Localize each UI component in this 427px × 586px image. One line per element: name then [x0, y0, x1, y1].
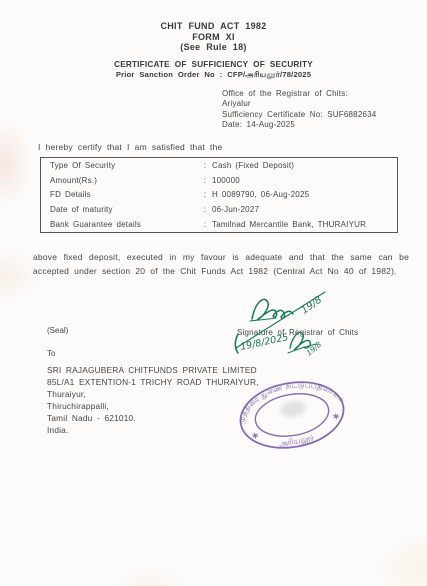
certificate-title: CERTIFICATE OF SUFFICIENCY OF SECURITY — [0, 60, 427, 70]
address-line: Tamil Nadu - 621010. — [47, 412, 259, 424]
stamp-center-smudge — [279, 399, 307, 419]
security-table: Type Of Security : Cash (Fixed Deposit) … — [40, 157, 398, 233]
certificate-number: Sufficiency Certificate No: SUF6882634 — [222, 110, 376, 120]
certificate-page: CHIT FUND ACT 1982 FORM XI (See Rule 18)… — [0, 0, 427, 586]
address-line: 85L/A1 EXTENTION-1 TRICHY ROAD THURAIYUR… — [47, 376, 259, 388]
address-line: Thiruchirappalli, — [47, 400, 259, 412]
row-label: Type Of Security — [50, 161, 198, 170]
act-title: CHIT FUND ACT 1982 — [0, 21, 427, 32]
table-row: Bank Guarantee details : Tamilnad Mercan… — [41, 220, 397, 229]
recipient-address: SRI RAJAGUBERA CHITFUNDS PRIVATE LIMITED… — [47, 364, 259, 436]
sanction-order-line: Prior Sanction Order No : CFP/அரியலூர்/7… — [0, 70, 427, 80]
office-block: Office of the Registrar of Chits: Ariyal… — [222, 89, 376, 131]
row-value: Tamilnad Mercantile Bank, THURAIYUR — [212, 220, 397, 229]
row-separator: : — [198, 205, 212, 214]
certify-line: I hereby certify that I am satisfied tha… — [38, 142, 222, 152]
handwritten-date-top: 19/8 — [299, 295, 324, 317]
seal-label: (Seal) — [47, 326, 68, 335]
row-label: Bank Guarantee details — [50, 220, 198, 229]
row-value: 100000 — [212, 176, 397, 185]
document-header: CHIT FUND ACT 1982 FORM XI (See Rule 18) — [0, 21, 427, 53]
form-number: FORM XI — [0, 32, 427, 43]
address-line: Thuraiyur, — [47, 388, 259, 400]
address-line: SRI RAJAGUBERA CHITFUNDS PRIVATE LIMITED — [47, 364, 259, 376]
row-separator: : — [198, 220, 212, 229]
row-value: Cash (Fixed Deposit) — [212, 161, 397, 170]
table-row: FD Details : H 0089790, 06-Aug-2025 — [41, 190, 397, 199]
rule-reference: (See Rule 18) — [0, 42, 427, 53]
row-label: Date of maturity — [50, 205, 198, 214]
row-label: Amount(Rs.) — [50, 176, 198, 185]
row-separator: : — [198, 176, 212, 185]
registrar-oval-stamp: முத்திரை துணை சிட்டுப்பதிவாளர் அரியலூர் … — [230, 373, 355, 459]
stamp-graphic: முத்திரை துணை சிட்டுப்பதிவாளர் அரியலூர் … — [231, 372, 353, 456]
stamp-arc-textpath: முத்திரை துணை சிட்டுப்பதிவாளர் — [231, 372, 347, 426]
table-row: Type Of Security : Cash (Fixed Deposit) — [41, 161, 397, 170]
table-row: Amount(Rs.) : 100000 — [41, 176, 397, 185]
certificate-title-block: CERTIFICATE OF SUFFICIENCY OF SECURITY P… — [0, 60, 427, 80]
handwritten-date-right: 19/8 — [305, 340, 324, 358]
address-line: India. — [47, 424, 259, 436]
row-value: H 0089790, 06-Aug-2025 — [212, 190, 397, 199]
registrar-signature-ink: 19/8 19/8/2025 19/8 — [228, 286, 418, 366]
certificate-date: Date: 14-Aug-2025 — [222, 120, 376, 130]
stamp-arc-text: முத்திரை துணை சிட்டுப்பதிவாளர் — [231, 372, 347, 426]
recipient-salutation: To — [47, 349, 55, 358]
stamp-star-right-icon: * — [332, 411, 341, 426]
row-value: 06-Jun-2027 — [212, 205, 397, 214]
signature-caption: Signature of Registrar of Chits — [237, 328, 358, 337]
office-place: Ariyalur — [222, 99, 376, 109]
signature-scrawl-icon — [235, 292, 325, 353]
row-separator: : — [198, 161, 212, 170]
office-line: Office of the Registrar of Chits: — [222, 89, 376, 99]
stamp-star-left-icon: * — [251, 430, 260, 445]
row-separator: : — [198, 190, 212, 199]
body-paragraph: above fixed deposit, executed in my favo… — [33, 251, 409, 279]
table-row: Date of maturity : 06-Jun-2027 — [41, 205, 397, 214]
row-label: FD Details — [50, 190, 198, 199]
